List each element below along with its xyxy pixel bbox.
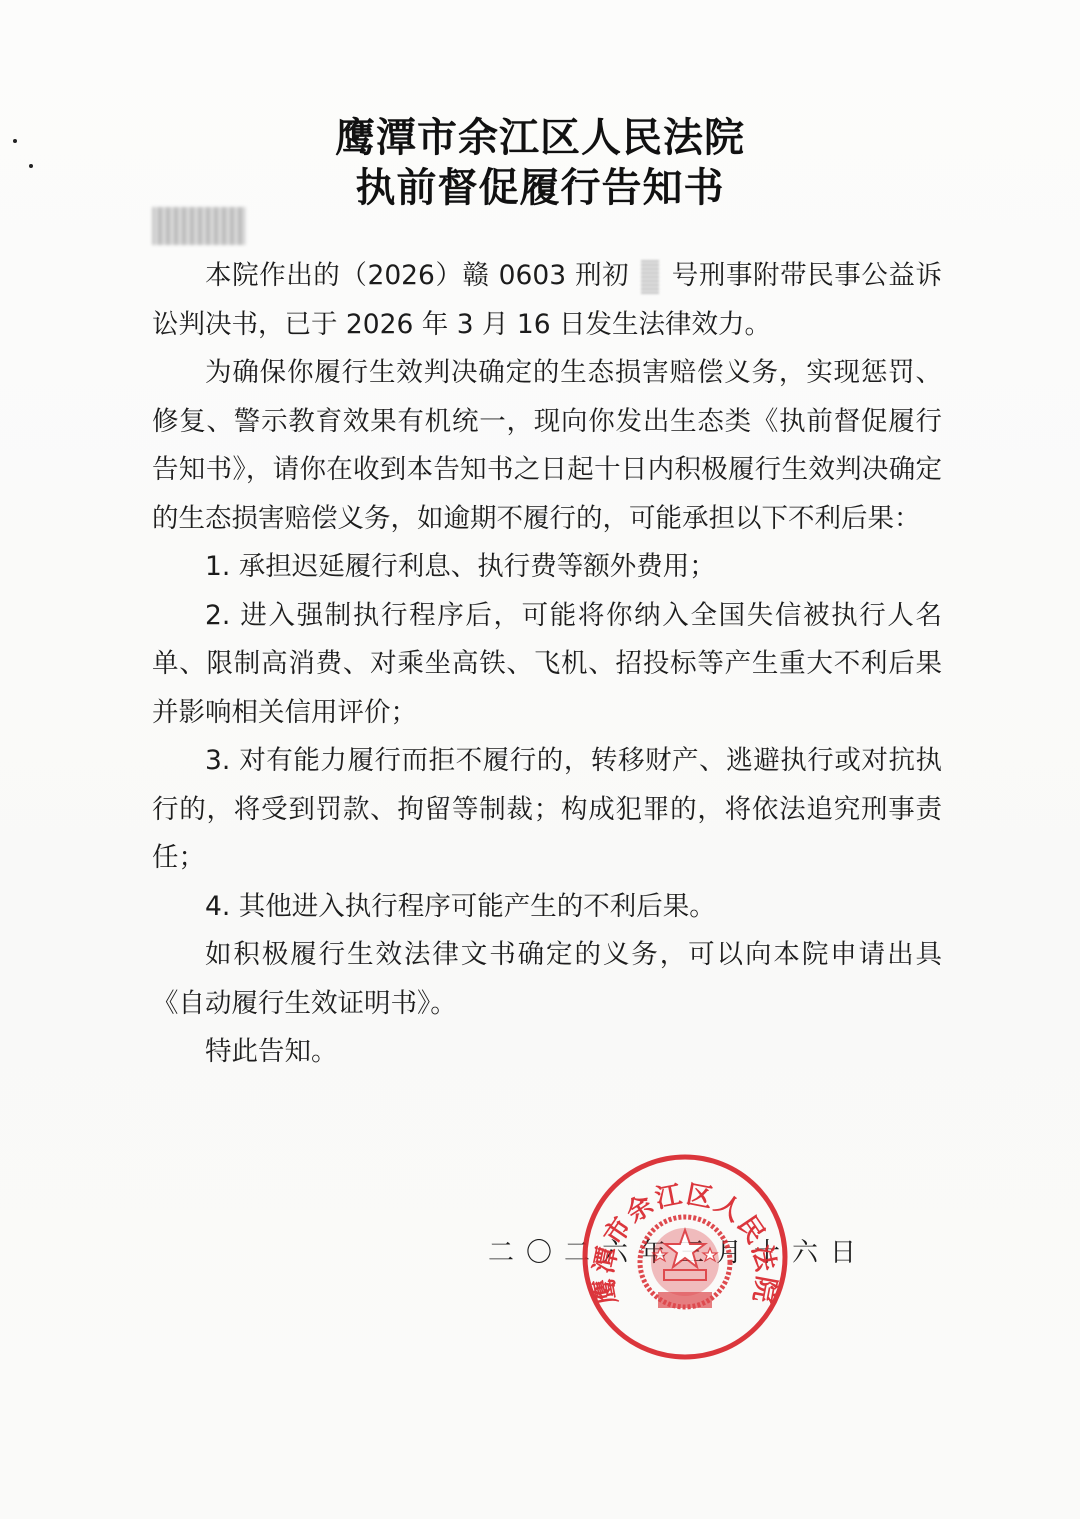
redacted-case-number <box>641 260 659 294</box>
document-page: 鹰潭市余江区人民法院 执前督促履行告知书 本院作出的（2026）赣 0603 刑… <box>0 0 1080 1519</box>
paragraph-notice: 为确保你履行生效判决确定的生态损害赔偿义务，实现惩罚、修复、警示教育效果有机统一… <box>152 349 942 543</box>
document-title: 执前督促履行告知书 <box>0 156 1080 213</box>
document-body: 本院作出的（2026）赣 0603 刑初号刑事附带民事公益诉讼判决书，已于 20… <box>152 252 942 1077</box>
consequence-item-1: 1. 承担迟延履行利息、执行费等额外费用； <box>152 543 942 592</box>
judgment-text-before-case: 本院作出的（2026）赣 0603 刑初 <box>205 260 629 291</box>
consequence-item-2: 2. 进入强制执行程序后，可能将你纳入全国失信被执行人名单、限制高消费、对乘坐高… <box>152 592 942 738</box>
consequence-item-3: 3. 对有能力履行而拒不履行的，转移财产、逃避执行或对抗执行的，将受到罚款、拘留… <box>152 737 942 883</box>
paragraph-certificate: 如积极履行生效法律文书确定的义务，可以向本院申请出具《自动履行生效证明书》。 <box>152 931 942 1028</box>
redacted-addressee <box>152 207 246 245</box>
consequence-item-4: 4. 其他进入执行程序可能产生的不利后果。 <box>152 883 942 932</box>
paragraph-judgment: 本院作出的（2026）赣 0603 刑初号刑事附带民事公益诉讼判决书，已于 20… <box>152 252 942 349</box>
national-emblem-icon <box>640 1217 730 1308</box>
closing-text: 特此告知。 <box>152 1028 942 1077</box>
court-name-title: 鹰潭市余江区人民法院 <box>0 106 1080 163</box>
court-seal-icon: 鹰潭市余江区人民法院 <box>580 1152 790 1362</box>
